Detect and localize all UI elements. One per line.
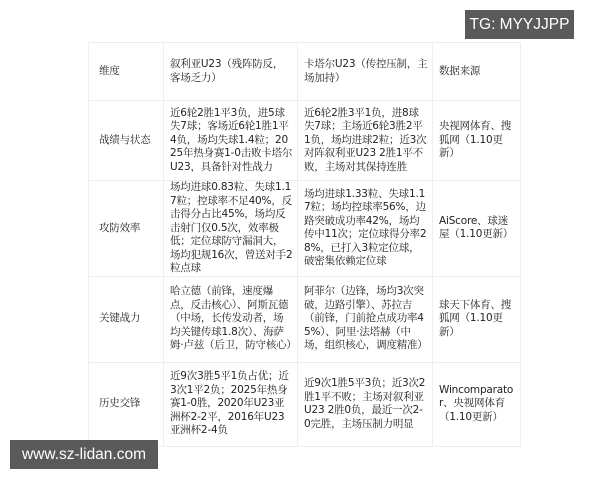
row-team-a: 哈立德（前锋，速度爆点，反击核心）、阿斯瓦德（中场，长传发动者，场均关键传球1.… — [164, 276, 298, 362]
header-dimension: 维度 — [89, 43, 164, 101]
row-dimension: 战绩与状态 — [89, 101, 164, 181]
row-team-b: 阿菲尔（边锋，场均3次突破，边路引擎）、苏拉吉（前锋，门前抢点成功率45%）、阿… — [298, 276, 433, 362]
row-team-b: 近6轮2胜3平1负，进8球失7球；主场近6轮3胜2平1负，场均进球2粒；近3次对… — [298, 101, 433, 181]
row-source: Wincomparator、央视网体育（1.10更新） — [433, 362, 521, 446]
row-dimension: 关键战力 — [89, 276, 164, 362]
row-source: 央视网体育、搜狐网（1.10更新） — [433, 101, 521, 181]
table-header-row: 维度 叙利亚U23（残阵防反，客场乏力） 卡塔尔U23（传控压制，主场加持） 数… — [89, 43, 521, 101]
row-dimension: 历史交锋 — [89, 362, 164, 446]
header-source: 数据来源 — [433, 43, 521, 101]
table-row: 关键战力 哈立德（前锋，速度爆点，反击核心）、阿斯瓦德（中场，长传发动者，场均关… — [89, 276, 521, 362]
watermark-top-right: TG: MYYJJPP — [465, 10, 574, 39]
header-team-a: 叙利亚U23（残阵防反，客场乏力） — [164, 43, 298, 101]
row-source: 球天下体育、搜狐网（1.10更新） — [433, 276, 521, 362]
row-dimension: 攻防效率 — [89, 181, 164, 277]
row-source: AiScore、球迷屋（1.10更新） — [433, 181, 521, 277]
header-team-b: 卡塔尔U23（传控压制，主场加持） — [298, 43, 433, 101]
row-team-b: 近9次1胜5平3负；近3次2胜1平不败；主场对叙利亚U23 2胜0负，最近一次2… — [298, 362, 433, 446]
row-team-a: 近6轮2胜1平3负，进5球失7球；客场近6轮1胜1平4负，场均失球1.4粒；20… — [164, 101, 298, 181]
row-team-a: 场均进球0.83粒、失球1.17粒；控球率不足40%，反击得分占比45%，场均反… — [164, 181, 298, 277]
comparison-table: 维度 叙利亚U23（残阵防反，客场乏力） 卡塔尔U23（传控压制，主场加持） 数… — [88, 42, 521, 447]
row-team-b: 场均进球1.33粒、失球1.17粒；场均控球率56%，边路突破成功率42%，场均… — [298, 181, 433, 277]
table-row: 历史交锋 近9次3胜5平1负占优；近3次1平2负；2025年热身赛1-0胜，20… — [89, 362, 521, 446]
row-team-a: 近9次3胜5平1负占优；近3次1平2负；2025年热身赛1-0胜，2020年U2… — [164, 362, 298, 446]
watermark-bottom-left: www.sz-lidan.com — [10, 440, 158, 469]
table-row: 战绩与状态 近6轮2胜1平3负，进5球失7球；客场近6轮1胜1平4负，场均失球1… — [89, 101, 521, 181]
table-row: 攻防效率 场均进球0.83粒、失球1.17粒；控球率不足40%，反击得分占比45… — [89, 181, 521, 277]
